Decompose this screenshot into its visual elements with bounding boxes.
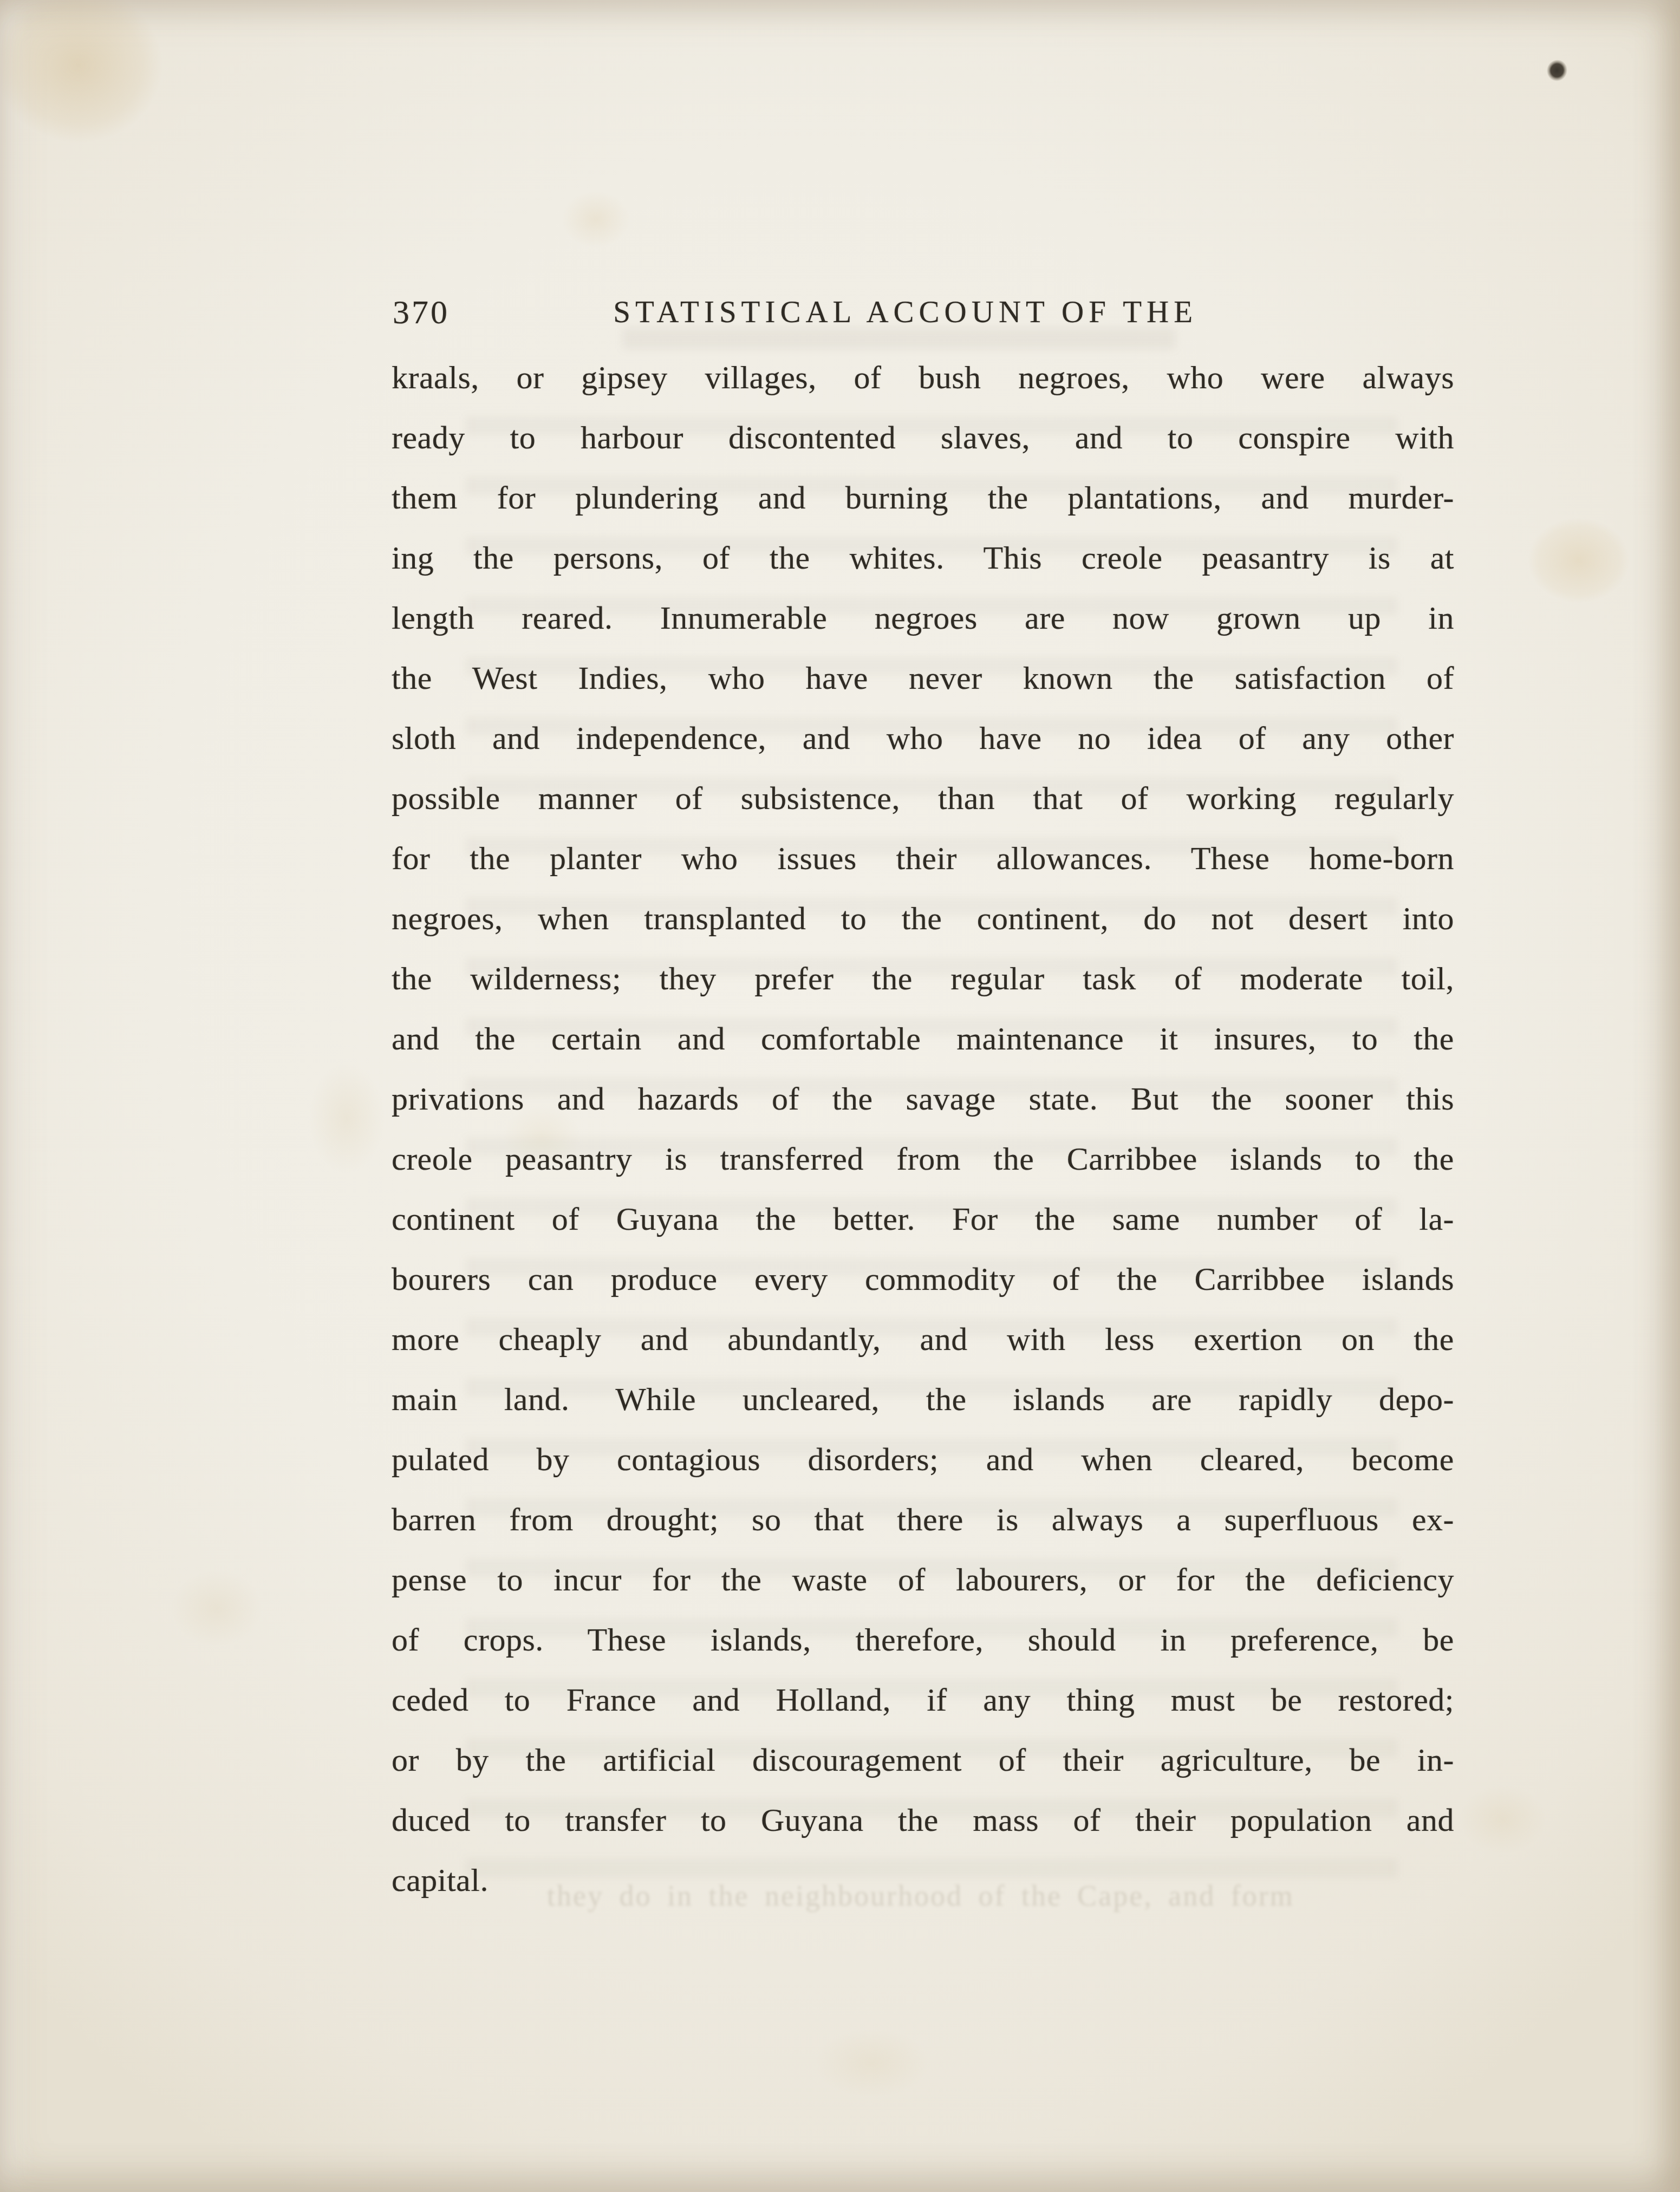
text-line: bourers can produce every commodity of t… [392, 1249, 1454, 1309]
paper-stain [791, 2014, 953, 2112]
paper-stain [152, 1554, 282, 1662]
text-line: them for plundering and burning the plan… [392, 468, 1454, 528]
text-line: ing the persons, of the whites. This cre… [392, 528, 1454, 588]
text-line: pense to incur for the waste of labourer… [392, 1550, 1454, 1610]
paper-stain [0, 0, 195, 173]
paper-stain [292, 1040, 401, 1197]
text-line: the wilderness; they prefer the regular … [392, 949, 1454, 1009]
text-line: kraals, or gipsey villages, of bush negr… [392, 348, 1454, 408]
text-line: creole peasantry is transferred from the… [392, 1129, 1454, 1189]
text-line: duced to transfer to Guyana the mass of … [392, 1790, 1454, 1850]
text-line: pulated by contagious disorders; and whe… [392, 1430, 1454, 1490]
book-page-scan: 370 STATISTICAL ACCOUNT OF THE kraals, o… [0, 0, 1680, 2192]
text-line: capital. [392, 1850, 1454, 1910]
text-line: length reared. Innumerable negroes are n… [392, 588, 1454, 648]
paper-stain [547, 179, 644, 260]
text-line: possible manner of subsistence, than tha… [392, 768, 1454, 828]
text-line: and the certain and comfortable maintena… [392, 1009, 1454, 1069]
paper-stain [1441, 1771, 1565, 1868]
text-line: negroes, when transplanted to the contin… [392, 889, 1454, 949]
text-line: ceded to France and Holland, if any thin… [392, 1670, 1454, 1730]
text-line: barren from drought; so that there is al… [392, 1490, 1454, 1550]
page-header: 370 STATISTICAL ACCOUNT OF THE [392, 291, 1454, 335]
text-line: for the planter who issues their allowan… [392, 828, 1454, 889]
paper-stain [1511, 504, 1646, 617]
text-line: ready to harbour discontented slaves, an… [392, 408, 1454, 468]
text-line: sloth and independence, and who have no … [392, 708, 1454, 768]
body-text: kraals, or gipsey villages, of bush negr… [392, 348, 1454, 1910]
text-line: more cheaply and abundantly, and with le… [392, 1309, 1454, 1369]
text-line: continent of Guyana the better. For the … [392, 1189, 1454, 1249]
text-line: main land. While uncleared, the islands … [392, 1369, 1454, 1430]
text-line: or by the artificial discouragement of t… [392, 1730, 1454, 1790]
ink-spot [1545, 57, 1570, 83]
text-line: of crops. These islands, therefore, shou… [392, 1610, 1454, 1670]
running-title: STATISTICAL ACCOUNT OF THE [613, 295, 1197, 330]
page-number: 370 [393, 293, 450, 332]
text-line: privations and hazards of the savage sta… [392, 1069, 1454, 1129]
text-line: the West Indies, who have never known th… [392, 648, 1454, 708]
